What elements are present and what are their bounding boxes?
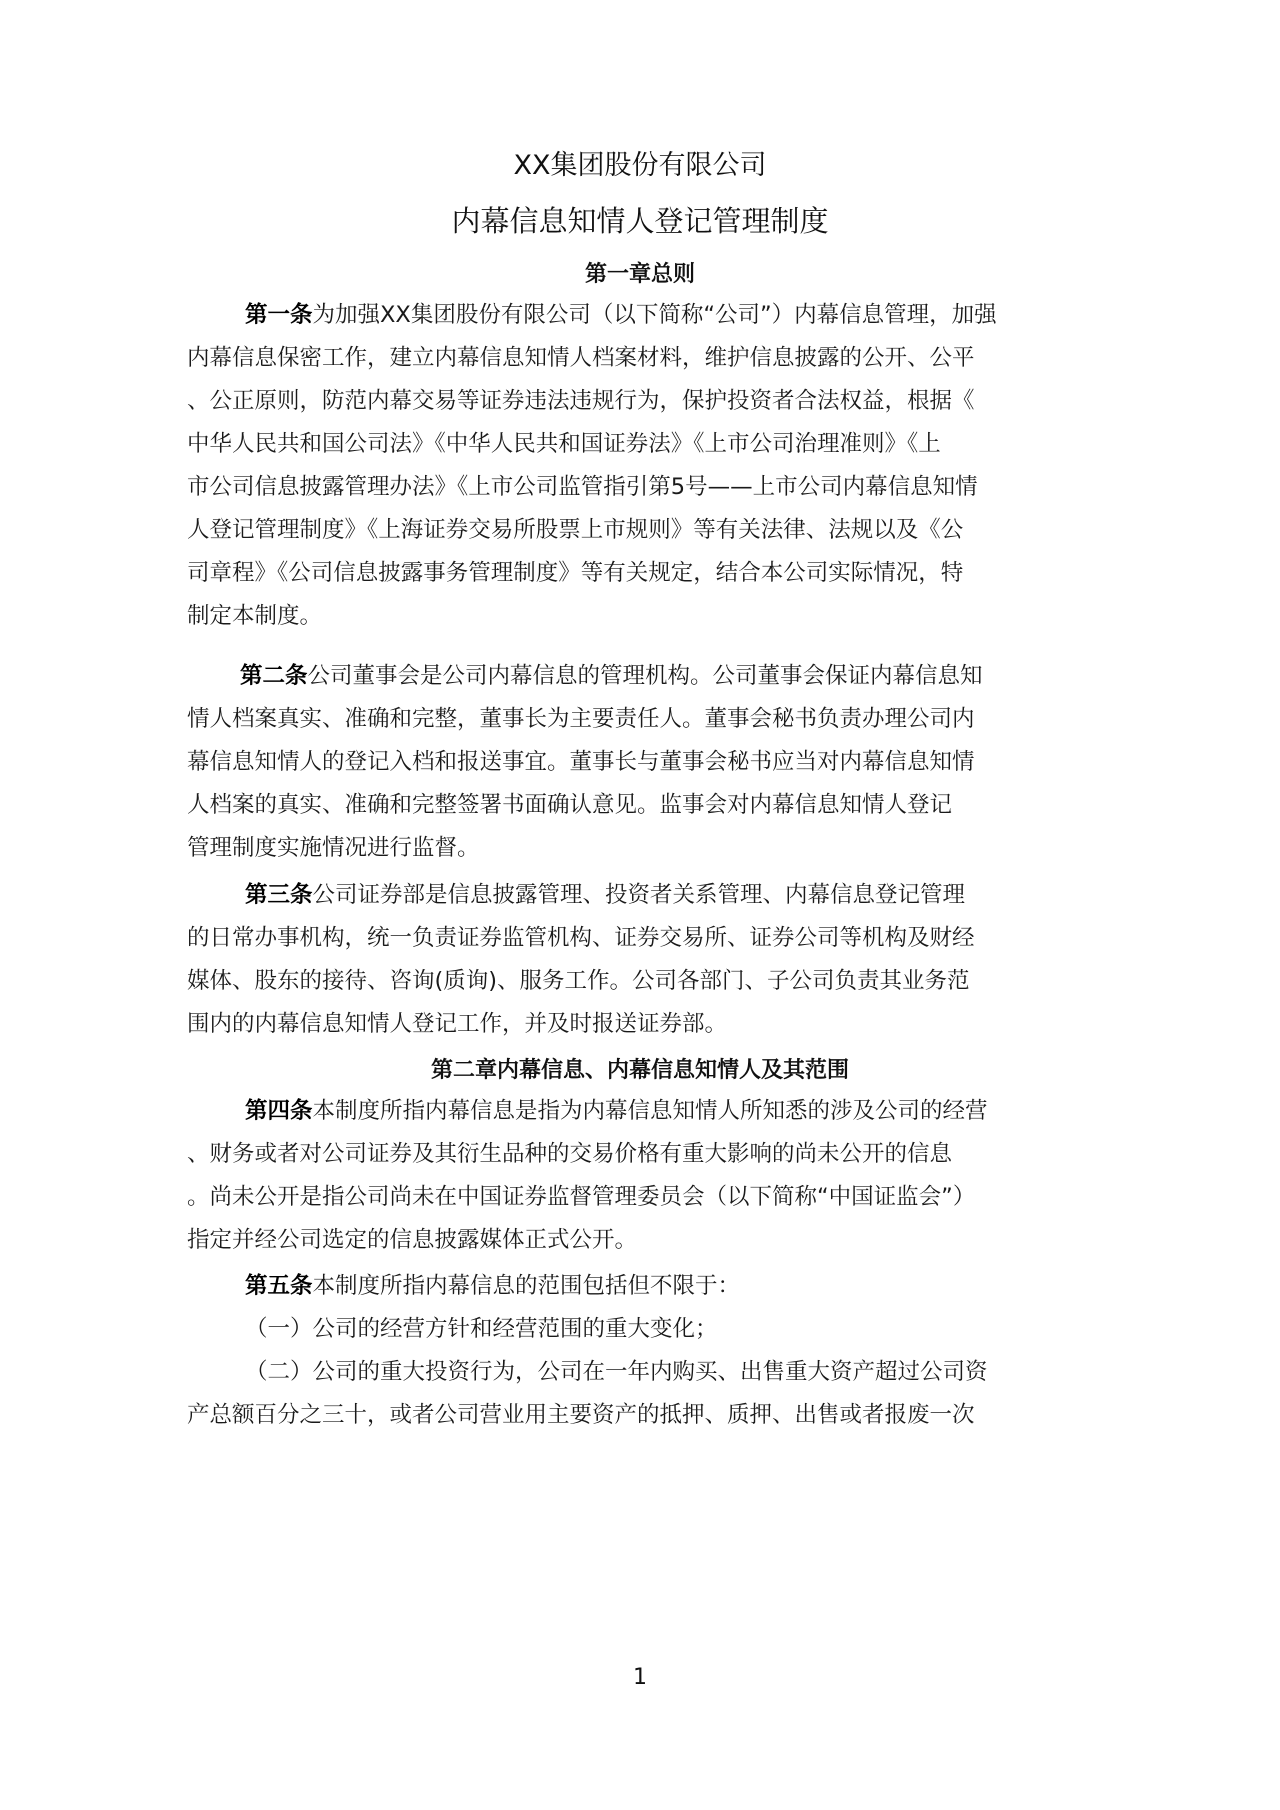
article-2-line-2: 情人档案真实、准确和完整，董事长为主要责任人。董事会秘书负责办理公司内 (187, 704, 975, 734)
article-4-label: 第四条 (245, 1098, 313, 1124)
article-3-line-2: 的日常办事机构，统一负责证券监管机构、证券交易所、证券公司等机构及财经 (187, 923, 975, 953)
article-5-item-2-line-1: （二）公司的重大投资行为，公司在一年内购买、出售重大资产超过公司资 (245, 1357, 988, 1387)
article-4-line-2: 、财务或者对公司证券及其衍生品种的交易价格有重大影响的尚未公开的信息 (187, 1139, 952, 1169)
article-5-label: 第五条 (245, 1273, 313, 1299)
article-5-line-1: 第五条本制度所指内幕信息的范围包括但不限于： (245, 1271, 740, 1301)
article-2-line-1: 第二条公司董事会是公司内幕信息的管理机构。公司董事会保证内幕信息知 (240, 661, 983, 691)
article-2-line-4: 人档案的真实、准确和完整签署书面确认意见。监事会对内幕信息知情人登记 (187, 790, 952, 820)
article-3-line-4: 围内的内幕信息知情人登记工作，并及时报送证券部。 (187, 1009, 727, 1039)
article-1-label: 第一条 (245, 302, 313, 328)
article-1-line-8: 制定本制度。 (187, 601, 322, 631)
chapter-2-heading: 第二章内幕信息、内幕信息知情人及其范围 (0, 1053, 1280, 1084)
chapter-1-heading: 第一章总则 (0, 257, 1280, 288)
article-5-item-2-line-2: 产总额百分之三十，或者公司营业用主要资产的抵押、质押、出售或者报废一次 (187, 1400, 975, 1430)
article-1-line-6: 人登记管理制度》《上海证券交易所股票上市规则》等有关法律、法规以及《公 (187, 515, 963, 545)
article-1-line-3: 、公正原则，防范内幕交易等证券违法违规行为，保护投资者合法权益，根据《 (187, 386, 975, 416)
article-4-line-1: 第四条本制度所指内幕信息是指为内幕信息知情人所知悉的涉及公司的经营 (245, 1096, 988, 1126)
article-1-line-7: 司章程》《公司信息披露事务管理制度》等有关规定，结合本公司实际情况，特 (187, 558, 963, 588)
article-4-line-3: 。尚未公开是指公司尚未在中国证券监督管理委员会（以下简称“中国证监会”） (187, 1182, 975, 1212)
article-1-line-5: 市公司信息披露管理办法》《上市公司监管指引第5号——上市公司内幕信息知情 (187, 472, 978, 502)
article-2-line-3: 幕信息知情人的登记入档和报送事宜。董事长与董事会秘书应当对内幕信息知情 (187, 747, 975, 777)
article-2-label: 第二条 (240, 663, 308, 689)
article-3-label: 第三条 (245, 882, 313, 908)
page-number: 1 (0, 1665, 1280, 1690)
article-5-item-1: （一）公司的经营方针和经营范围的重大变化； (245, 1314, 718, 1344)
article-3-line-1: 第三条公司证券部是信息披露管理、投资者关系管理、内幕信息登记管理 (245, 880, 965, 910)
article-2-line-5: 管理制度实施情况进行监督。 (187, 833, 480, 863)
document-title: 内幕信息知情人登记管理制度 (0, 199, 1280, 240)
company-name-heading: XX集团股份有限公司 (0, 143, 1280, 182)
article-1-line-1: 第一条为加强XX集团股份有限公司（以下简称“公司”）内幕信息管理，加强 (245, 300, 997, 330)
document-page: XX集团股份有限公司 内幕信息知情人登记管理制度 第一章总则 第一条为加强XX集… (0, 0, 1280, 1810)
article-1-line-4: 中华人民共和国公司法》《中华人民共和国证券法》《上市公司治理准则》《上 (187, 429, 941, 459)
article-1-line-2: 内幕信息保密工作，建立内幕信息知情人档案材料，维护信息披露的公开、公平 (187, 343, 975, 373)
article-4-line-4: 指定并经公司选定的信息披露媒体正式公开。 (187, 1225, 637, 1255)
article-3-line-3: 媒体、股东的接待、咨询(质询)、服务工作。公司各部门、子公司负责其业务范 (187, 966, 970, 996)
